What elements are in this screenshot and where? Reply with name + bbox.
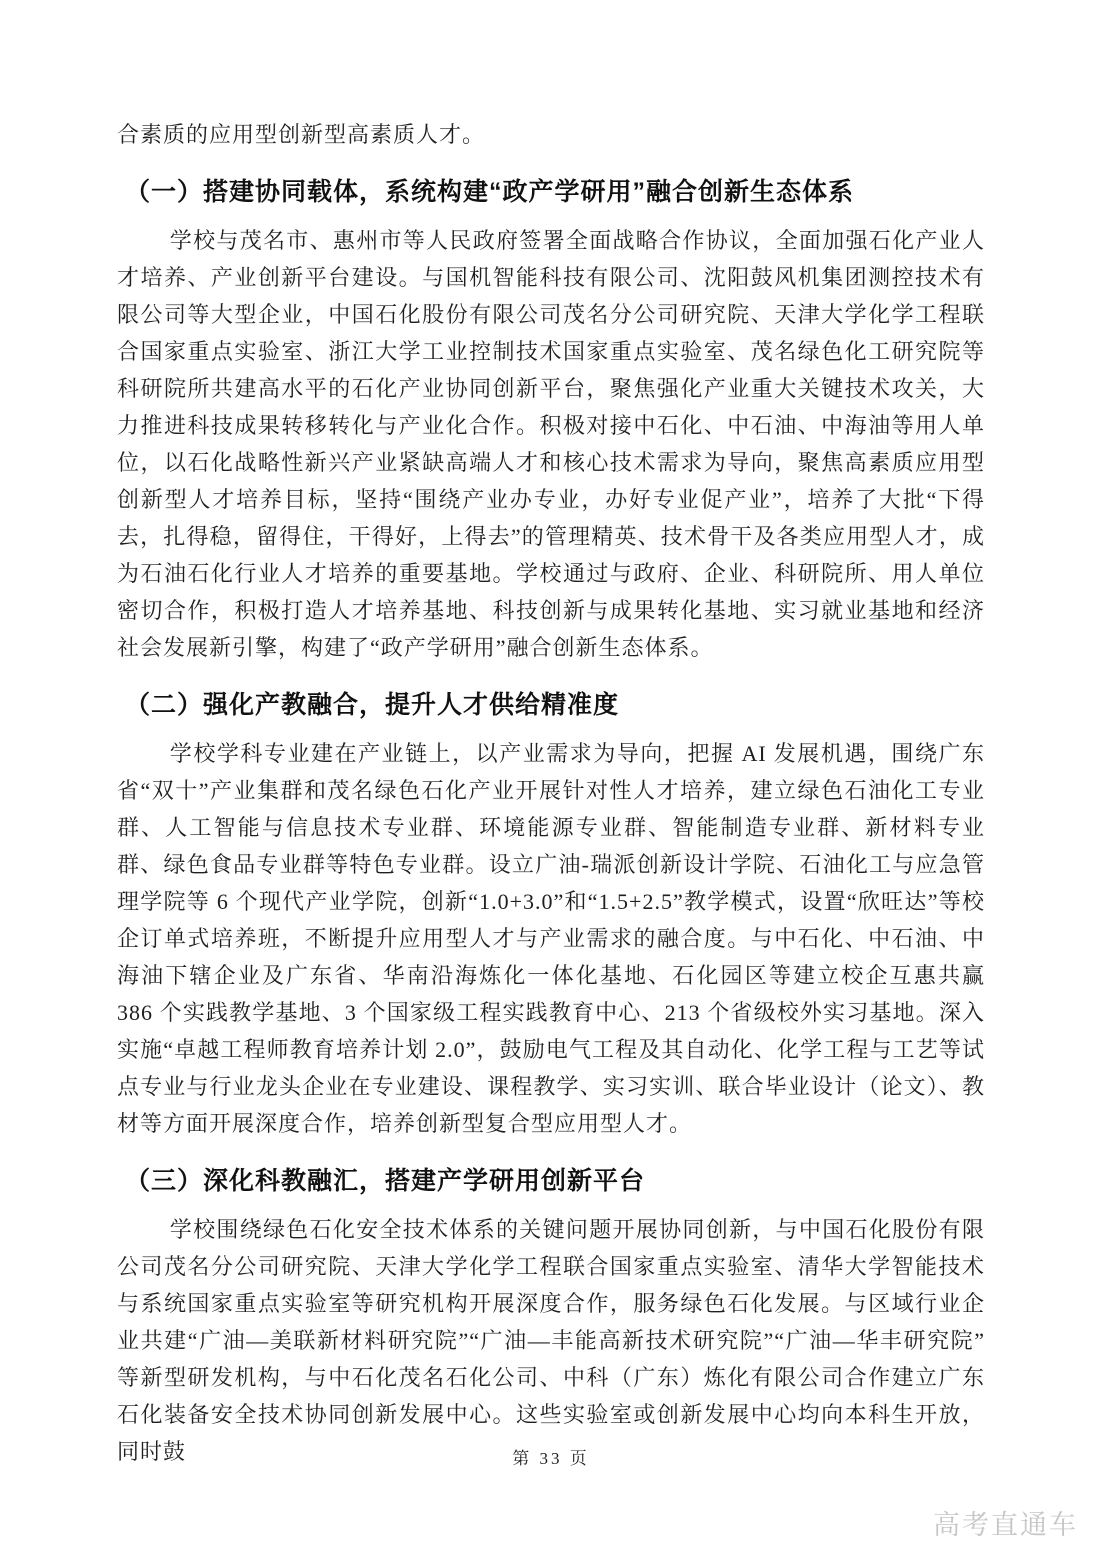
section-3-heading: （三）深化科教融汇，搭建产学研用创新平台	[117, 1163, 985, 1200]
section-1-heading: （一）搭建协同载体，系统构建“政产学研用”融合创新生态体系	[117, 174, 985, 211]
section-1-paragraph: 学校与茂名市、惠州市等人民政府签署全面战略合作协议，全面加强石化产业人才培养、产…	[117, 222, 985, 666]
watermark-text: 高考直通车	[933, 1503, 1078, 1542]
document-page: 合素质的应用型创新型高素质人才。 （一）搭建协同载体，系统构建“政产学研用”融合…	[0, 0, 1102, 1559]
paragraph-continuation: 合素质的应用型创新型高素质人才。	[117, 116, 985, 153]
page-number: 第 33 页	[0, 1444, 1102, 1469]
section-2-paragraph: 学校学科专业建在产业链上，以产业需求为导向，把握 AI 发展机遇，围绕广东省“双…	[117, 735, 985, 1142]
section-2-heading: （二）强化产教融合，提升人才供给精准度	[117, 687, 985, 724]
document-content: 合素质的应用型创新型高素质人才。 （一）搭建协同载体，系统构建“政产学研用”融合…	[117, 0, 985, 1470]
section-3-paragraph: 学校围绕绿色石化安全技术体系的关键问题开展协同创新，与中国石化股份有限公司茂名分…	[117, 1211, 985, 1470]
